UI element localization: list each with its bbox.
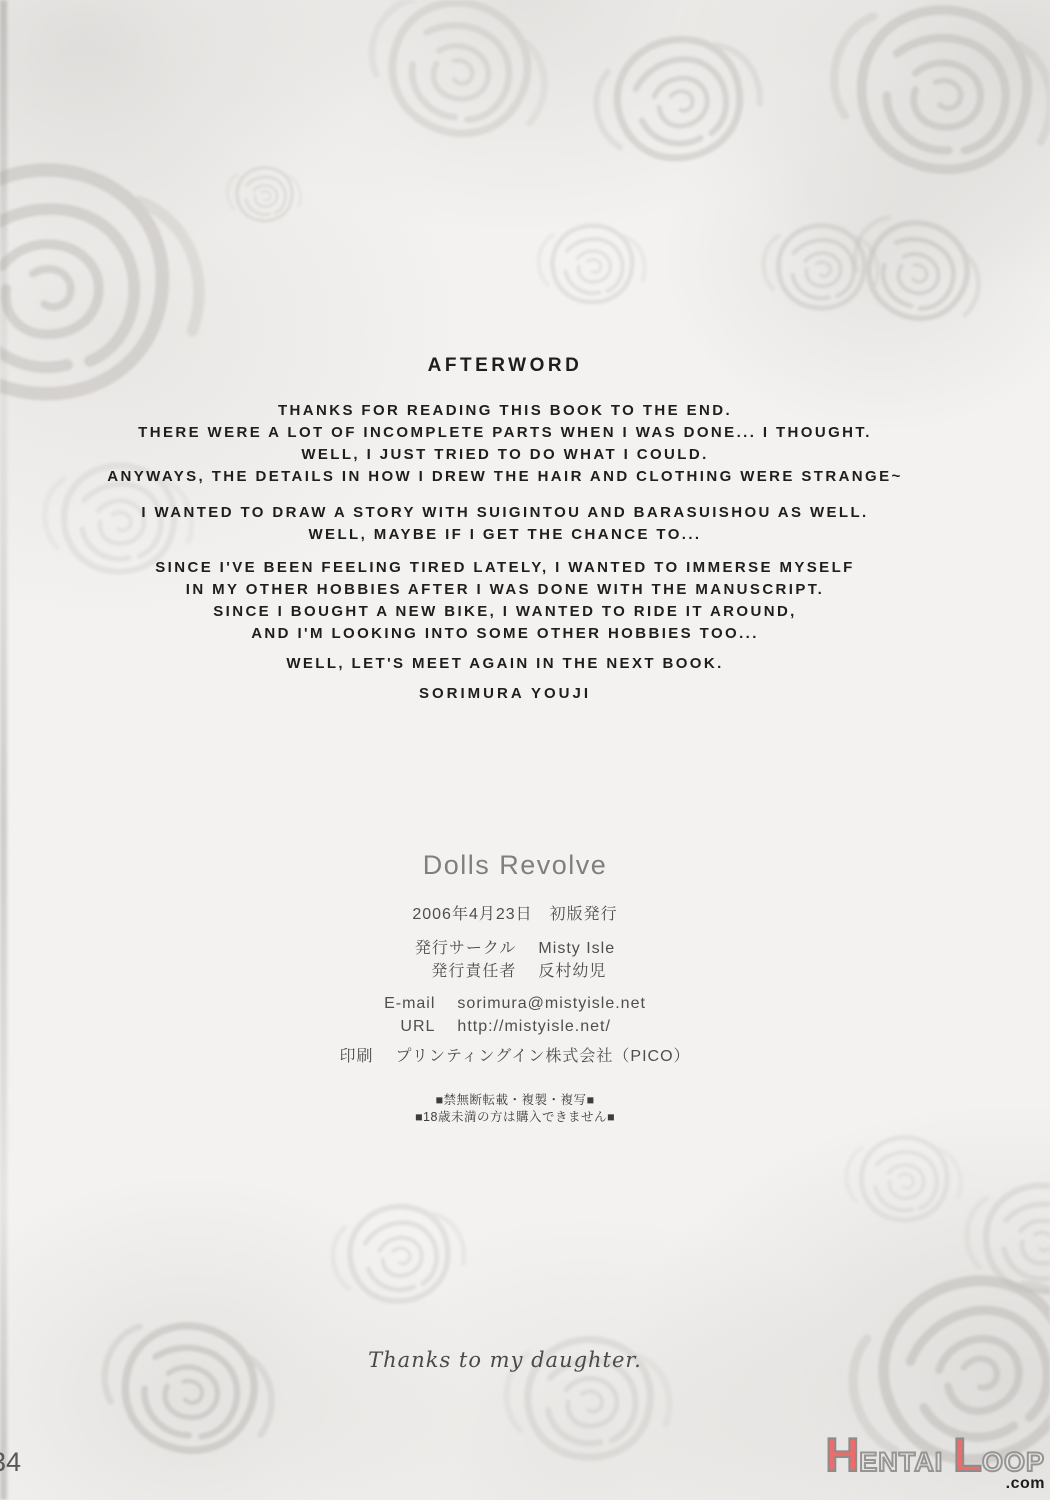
watermark-wordmark: HENTAILOOP — [825, 1431, 1045, 1478]
printer-label: 印刷 — [339, 1048, 373, 1065]
hentailoop-watermark: HENTAILOOP .com — [825, 1431, 1045, 1492]
url-value: http://mistyisle.net/ — [457, 1015, 611, 1038]
publisher-label: 発行責任者 — [431, 960, 516, 983]
afterword-line: THANKS FOR READING THIS BOOK TO THE END. — [0, 400, 1030, 422]
afterword-paragraph-1: THANKS FOR READING THIS BOOK TO THE END.… — [0, 400, 1030, 488]
age-restriction-notice: ■18歳未満の方は購入できません■ — [0, 1107, 1040, 1125]
printer-name: プリンティングイン株式会社（PICO） — [395, 1048, 690, 1065]
watermark-word-entai: ENTAI — [859, 1447, 943, 1477]
circle-name: Misty Isle — [538, 937, 615, 960]
afterword-line: ANYWAYS, THE DETAILS IN HOW I DREW THE H… — [0, 466, 1030, 488]
book-title: Dolls Revolve — [0, 850, 1040, 881]
afterword-paragraph-4: WELL, LET'S MEET AGAIN IN THE NEXT BOOK. — [0, 653, 1030, 675]
printer-info: 印刷プリンティングイン株式会社（PICO） — [0, 1043, 1040, 1066]
afterword-line: THERE WERE A LOT OF INCOMPLETE PARTS WHE… — [0, 422, 1030, 444]
author-signature: SORIMURA YOUJI — [0, 683, 1030, 705]
circle-label: 発行サークル — [415, 937, 517, 960]
watermark-letter-l: L — [953, 1428, 982, 1481]
url-label: URL — [400, 1015, 435, 1038]
rose-pattern-background — [0, 0, 1050, 1500]
afterword-line: SINCE I'VE BEEN FEELING TIRED LATELY, I … — [0, 557, 1030, 579]
email-label: E-mail — [384, 992, 435, 1015]
afterword-line: WELL, MAYBE IF I GET THE CHANCE TO... — [0, 524, 1030, 546]
copyright-notice: ■禁無断転載・複製・複写■ — [0, 1090, 1040, 1108]
afterword-heading: AFTERWORD — [0, 355, 1030, 377]
dedication-text: Thanks to my daughter. — [0, 1348, 1030, 1372]
watermark-letter-h: H — [825, 1428, 859, 1481]
afterword-paragraph-3: SINCE I'VE BEEN FEELING TIRED LATELY, I … — [0, 557, 1030, 645]
afterword-line: WELL, I JUST TRIED TO DO WHAT I COULD. — [0, 444, 1030, 466]
afterword-line: AND I'M LOOKING INTO SOME OTHER HOBBIES … — [0, 623, 1030, 645]
afterword-line: WELL, LET'S MEET AGAIN IN THE NEXT BOOK. — [0, 653, 1030, 675]
afterword-line: I WANTED TO DRAW A STORY WITH SUIGINTOU … — [0, 502, 1030, 524]
scanned-doujin-page: AFTERWORD THANKS FOR READING THIS BOOK T… — [0, 0, 1050, 1500]
email-value: sorimura@mistyisle.net — [457, 992, 646, 1015]
afterword-paragraph-2: I WANTED TO DRAW A STORY WITH SUIGINTOU … — [0, 502, 1030, 546]
scan-edge-shadow — [0, 0, 7, 1500]
page-number: 34 — [0, 1447, 21, 1478]
afterword-line: IN MY OTHER HOBBIES AFTER I WAS DONE WIT… — [0, 579, 1030, 601]
publisher-name: 反村幼児 — [538, 960, 606, 983]
contact-info: E-mail sorimura@mistyisle.net URL http:/… — [384, 992, 646, 1038]
afterword-line: SINCE I BOUGHT A NEW BIKE, I WANTED TO R… — [0, 601, 1030, 623]
publishing-info: 発行サークル Misty Isle 発行責任者 反村幼児 — [415, 937, 615, 983]
edition-date-line: 2006年4月23日 初版発行 — [0, 901, 1040, 924]
watermark-word-oop: OOP — [982, 1447, 1045, 1477]
